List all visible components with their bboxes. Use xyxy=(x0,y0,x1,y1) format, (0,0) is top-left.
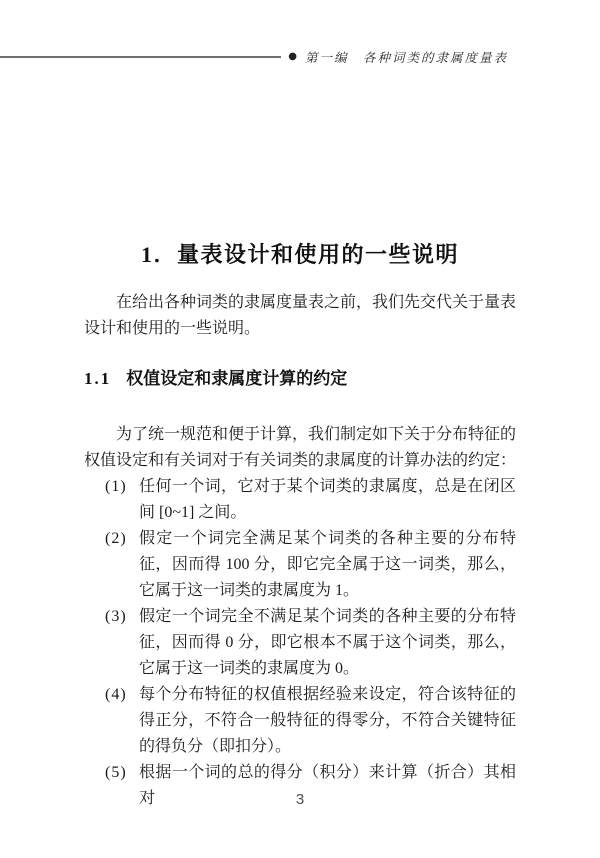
text-block: 在给出各种词类的隶属度量表之前，我们先交代关于量表设计和使用的一些说明。 1.1… xyxy=(84,290,516,812)
item-marker: (1) xyxy=(105,474,127,500)
section-title: 权值设定和隶属度计算的约定 xyxy=(126,369,347,388)
lead-paragraph: 为了统一规范和便于计算，我们制定如下关于分布特征的权值设定和有关词对于有关词类的… xyxy=(84,422,516,474)
item-text: 假定一个词完全满足某个词类的各种主要的分布特征，因而得 100 分，即它完全属于… xyxy=(139,530,516,599)
item-text: 任何一个词，它对于某个词类的隶属度，总是在闭区间 [0~1] 之间。 xyxy=(139,478,516,521)
item-marker: (3) xyxy=(105,604,127,630)
list-item: (3) 假定一个词完全不满足某个词类的各种主要的分布特征，因而得 0 分，即它根… xyxy=(84,604,516,682)
item-marker: (2) xyxy=(105,526,127,552)
item-marker: (4) xyxy=(105,682,127,708)
list-item: (4) 每个分布特征的权值根据经验来设定，符合该特征的得正分，不符合一般特征的得… xyxy=(84,682,516,760)
item-text: 假定一个词完全不满足某个词类的各种主要的分布特征，因而得 0 分，即它根本不属于… xyxy=(139,608,516,677)
page-number: 3 xyxy=(0,791,600,808)
item-marker: (5) xyxy=(105,760,127,786)
chapter-title: 1．量表设计和使用的一些说明 xyxy=(0,238,600,269)
book-page: ● 第一编 各种词类的隶属度量表 1．量表设计和使用的一些说明 在给出各种词类的… xyxy=(0,0,600,858)
agreement-list: (1) 任何一个词，它对于某个词类的隶属度，总是在闭区间 [0~1] 之间。 (… xyxy=(84,474,516,812)
header-rule xyxy=(0,56,281,58)
bullet-icon: ● xyxy=(288,52,297,62)
item-text: 每个分布特征的权值根据经验来设定，符合该特征的得正分，不符合一般特征的得零分，不… xyxy=(139,686,516,755)
section-number: 1.1 xyxy=(84,369,111,388)
running-head: ● 第一编 各种词类的隶属度量表 xyxy=(0,48,508,66)
section-heading: 1.1权值设定和隶属度计算的约定 xyxy=(84,367,516,391)
running-head-text: 第一编 各种词类的隶属度量表 xyxy=(305,48,508,66)
list-item: (2) 假定一个词完全满足某个词类的各种主要的分布特征，因而得 100 分，即它… xyxy=(84,526,516,604)
list-item: (1) 任何一个词，它对于某个词类的隶属度，总是在闭区间 [0~1] 之间。 xyxy=(84,474,516,526)
intro-paragraph: 在给出各种词类的隶属度量表之前，我们先交代关于量表设计和使用的一些说明。 xyxy=(84,290,516,342)
